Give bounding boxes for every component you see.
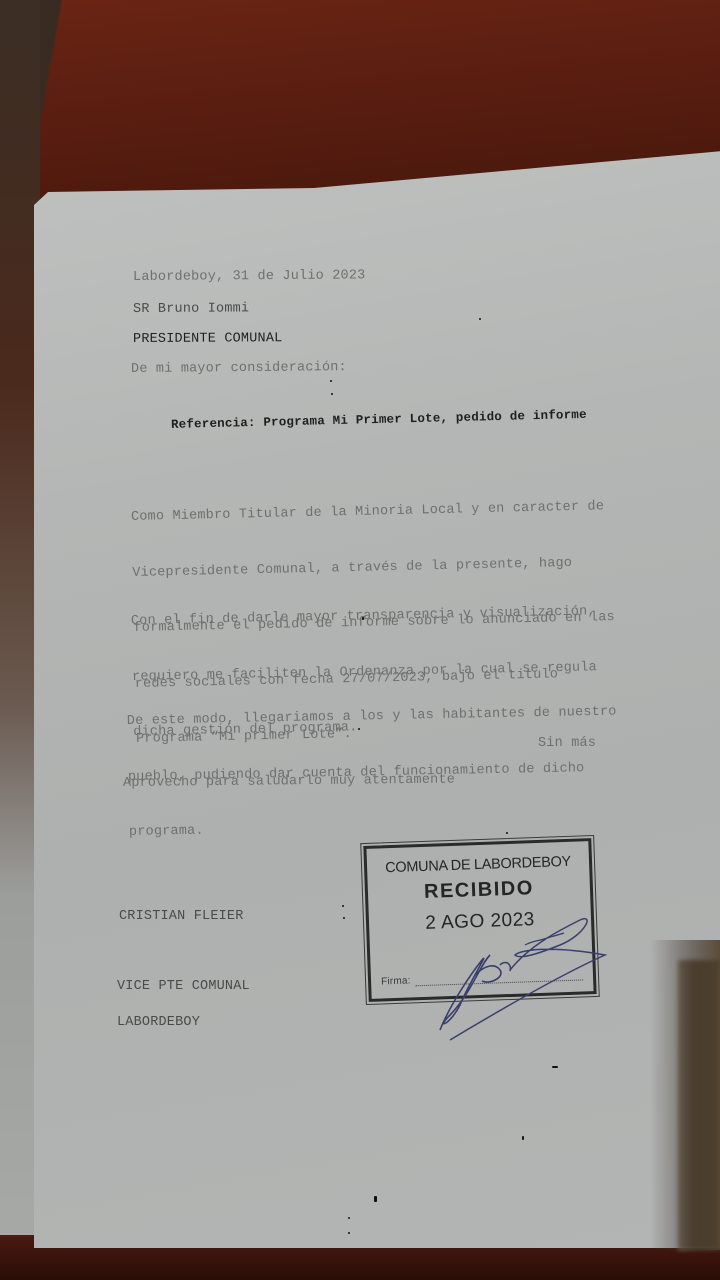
- speck: [348, 1217, 350, 1219]
- speck: [343, 917, 345, 919]
- speck: [358, 728, 360, 730]
- paragraph-3-line: De este modo, llegariamos a los y las ha…: [127, 704, 617, 732]
- speck: [331, 393, 333, 395]
- speck: [522, 1136, 524, 1140]
- handwritten-signature: [420, 905, 620, 1055]
- signer-title: VICE PTE COMUNAL: [117, 979, 250, 994]
- sin-mas: Sin más: [538, 736, 596, 751]
- place-date: Labordeboy, 31 de Julio 2023: [133, 268, 366, 285]
- stamp-status: RECIBIDO: [368, 875, 591, 906]
- speck: [552, 1066, 558, 1068]
- letter-content: Labordeboy, 31 de Julio 2023 SR Bruno Io…: [0, 0, 720, 1280]
- recipient-title: PRESIDENTE COMUNAL: [133, 331, 283, 347]
- speck: [374, 1196, 377, 1202]
- signer-name: CRISTIAN FLEIER: [119, 909, 244, 924]
- stamp-organization: COMUNA DE LABORDEBOY: [375, 853, 581, 876]
- speck: [506, 832, 508, 834]
- paragraph-1-line: Como Miembro Titular de la Minoria Local…: [131, 498, 613, 527]
- speck: [330, 380, 332, 382]
- salutation: De mi mayor consideración:: [131, 360, 347, 377]
- speck: [342, 905, 344, 907]
- paragraph-3-line: programa.: [129, 815, 619, 843]
- stamp-signature-label: Firma:: [381, 975, 411, 987]
- reference-line: Referencia: Programa Mi Primer Lote, ped…: [171, 408, 587, 432]
- speck: [479, 318, 481, 320]
- speck: [362, 617, 364, 620]
- recipient-name: SR Bruno Iommi: [133, 301, 249, 317]
- speck: [348, 1232, 350, 1234]
- signer-place: LABORDEBOY: [117, 1015, 200, 1030]
